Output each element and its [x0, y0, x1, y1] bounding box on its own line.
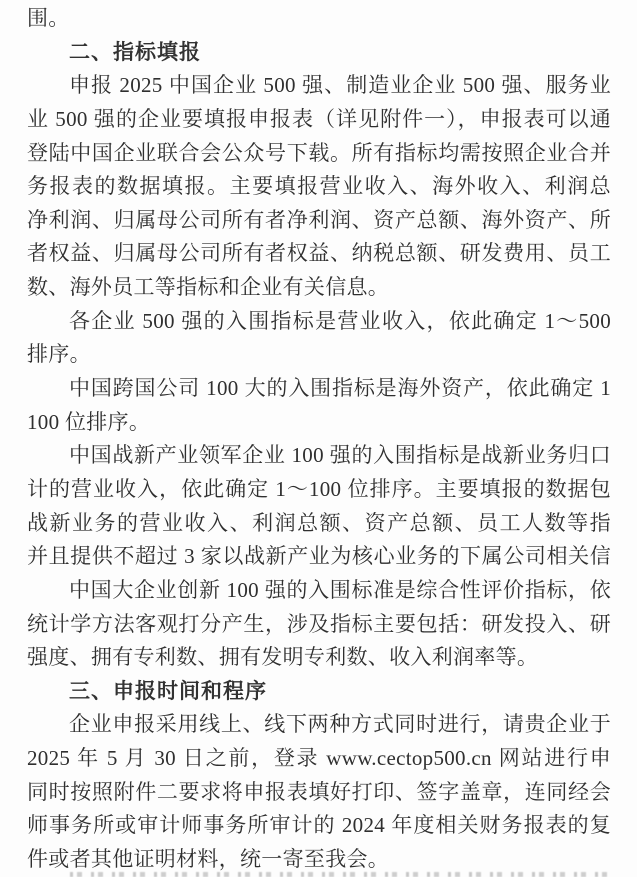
document-text-block: 围。二、指标填报申报 2025 中国企业 500 强、制造业企业 500 强、服…	[27, 2, 611, 877]
paragraph-line: 并且提供不超过 3 家以战新产业为核心业务的下属公司相关信息。	[27, 540, 611, 574]
paragraph-tail-line: 围。	[27, 2, 611, 36]
paragraph-line: 者权益、归属母公司所有者权益、纳税总额、研发费用、员工总	[27, 237, 611, 271]
paragraph-start-line: 申报 2025 中国企业 500 强、制造业企业 500 强、服务业企	[27, 69, 611, 103]
paragraph-end-line: 数、海外员工等指标和企业有关信息。	[27, 271, 611, 305]
paragraph-start-line: 中国战新产业领军企业 100 强的入围指标是战新业务归口统	[27, 439, 611, 473]
paragraph-start-line: 中国跨国公司 100 大的入围指标是海外资产，依此确定 1～	[27, 372, 611, 406]
paragraph-end-line: 100 位排序。	[27, 406, 611, 440]
paragraph-start-line: 中国大企业创新 100 强的入围标准是综合性评价指标，依据	[27, 574, 611, 608]
paragraph-line: 登陆中国企业联合会公众号下载。所有指标均需按照企业合并财	[27, 137, 611, 171]
clipped-next-line	[70, 872, 611, 877]
paragraph-end-line: 强度、拥有专利数、拥有发明专利数、收入利润率等。	[27, 641, 611, 675]
paragraph-start-line: 各企业 500 强的入围指标是营业收入，依此确定 1～500 位	[27, 305, 611, 339]
paragraph-line: 计的营业收入，依此确定 1～100 位排序。主要填报的数据包括	[27, 473, 611, 507]
paragraph-line: 2025 年 5 月 30 日之前，登录 www.cectop500.cn 网站…	[27, 742, 611, 776]
paragraph-start-line: 企业申报采用线上、线下两种方式同时进行，请贵企业于	[27, 708, 611, 742]
document-page: 围。二、指标填报申报 2025 中国企业 500 强、制造业企业 500 强、服…	[0, 0, 637, 877]
section-heading: 二、指标填报	[27, 36, 611, 70]
paragraph-line: 同时按照附件二要求将申报表填好打印、签字盖章，连同经会计	[27, 776, 611, 810]
paragraph-line: 战新业务的营业收入、利润总额、资产总额、员工人数等指标，	[27, 507, 611, 541]
paragraph-end-line: 排序。	[27, 338, 611, 372]
paragraph-line: 师事务所或审计师事务所审计的 2024 年度相关财务报表的复印	[27, 809, 611, 843]
paragraph-line: 务报表的数据填报。主要填报营业收入、海外收入、利润总额、	[27, 170, 611, 204]
paragraph-line: 统计学方法客观打分产生，涉及指标主要包括：研发投入、研发	[27, 608, 611, 642]
paragraph-line: 业 500 强的企业要填报申报表（详见附件一），申报表可以通过	[27, 103, 611, 137]
section-heading: 三、申报时间和程序	[27, 675, 611, 709]
paragraph-line: 净利润、归属母公司所有者净利润、资产总额、海外资产、所有	[27, 204, 611, 238]
